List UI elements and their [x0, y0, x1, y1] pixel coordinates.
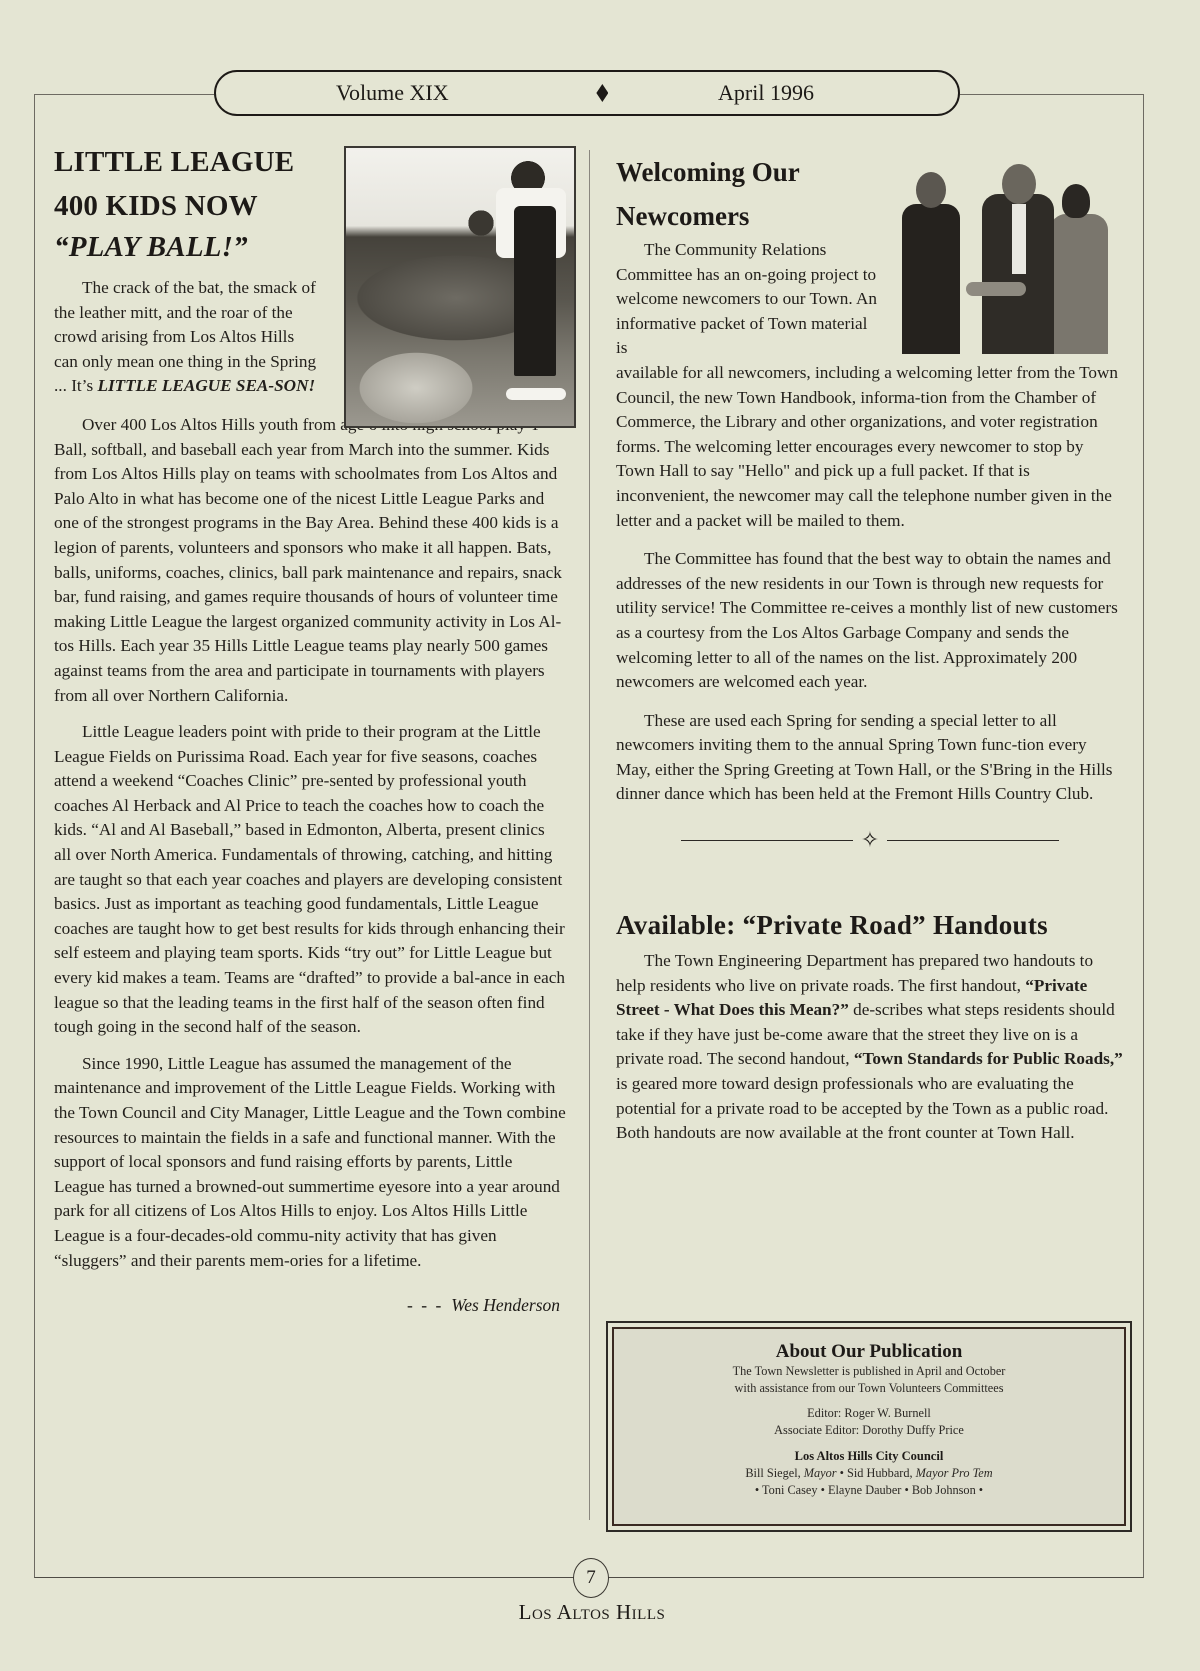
illustration-person — [902, 204, 960, 354]
handshake-icon — [966, 282, 1026, 296]
article-signature: - - -Wes Henderson — [54, 1295, 566, 1316]
article-paragraph: Since 1990, Little League has assumed th… — [54, 1052, 566, 1273]
private-road-headline: Available: “Private Road” Handouts — [616, 909, 1124, 941]
signature-dash: - - - — [407, 1295, 443, 1315]
council-member: Bill Siegel, — [745, 1466, 803, 1480]
about-line: with assistance from our Town Volunteers… — [614, 1380, 1124, 1397]
ornament-rule — [681, 840, 853, 841]
little-league-photo — [344, 146, 576, 428]
council-role: Mayor — [804, 1466, 837, 1480]
illustration-person — [1012, 204, 1026, 274]
four-point-star-icon: ✧ — [861, 829, 879, 851]
handshake-illustration — [902, 164, 1114, 354]
illustration-person — [1050, 214, 1108, 354]
paragraph-text: is geared more toward design professiona… — [616, 1074, 1108, 1142]
article-intro: The crack of the bat, the smack of the l… — [54, 276, 319, 399]
council-member: • Sid Hubbard, — [837, 1466, 916, 1480]
volume-label: Volume XIX — [336, 80, 449, 106]
council-members-line-1: Bill Siegel, Mayor • Sid Hubbard, Mayor … — [614, 1465, 1124, 1482]
welcoming-intro-continued: available for all newcomers, including a… — [616, 361, 1124, 533]
editor-line: Editor: Roger W. Burnell — [614, 1405, 1124, 1422]
private-road-paragraph: The Town Engineering Department has prep… — [616, 949, 1124, 1146]
right-column: Welcoming Our Newcomers The Community Re… — [616, 150, 1124, 1146]
about-publication-box: About Our Publication The Town Newslette… — [606, 1321, 1132, 1532]
issue-header: Volume XIX April 1996 — [214, 70, 960, 116]
about-publication-inner: About Our Publication The Town Newslette… — [612, 1327, 1126, 1526]
council-members-line-2: • Toni Casey • Elayne Dauber • Bob Johns… — [614, 1482, 1124, 1499]
paragraph-text: The Town Engineering Department has prep… — [616, 951, 1093, 995]
illustration-person — [916, 172, 946, 208]
ornament-rule — [887, 840, 1059, 841]
council-role: Mayor Pro Tem — [916, 1466, 993, 1480]
welcoming-paragraph: These are used each Spring for sending a… — [616, 709, 1124, 807]
welcoming-paragraph: The Committee has found that the best wa… — [616, 547, 1124, 695]
photo-detail — [506, 388, 566, 400]
little-league-article: LITTLE LEAGUE 400 KIDS NOW “PLAY BALL!” … — [54, 140, 566, 1316]
author-name: Wes Henderson — [451, 1295, 560, 1315]
associate-editor-line: Associate Editor: Dorothy Duffy Price — [614, 1422, 1124, 1439]
intro-emphasis: LITTLE LEAGUE SEA-SON! — [97, 376, 315, 395]
article-paragraph: Little League leaders point with pride t… — [54, 720, 566, 1040]
issue-date: April 1996 — [718, 80, 814, 106]
illustration-person — [1002, 164, 1036, 204]
column-divider — [589, 150, 590, 1520]
section-ornament: ✧ — [616, 829, 1124, 851]
about-line: The Town Newsletter is published in Apri… — [614, 1363, 1124, 1380]
handout-title: “Town Standards for Public Roads,” — [854, 1049, 1123, 1068]
illustration-person — [1062, 184, 1090, 218]
article-paragraph: Over 400 Los Altos Hills youth from age … — [54, 413, 566, 708]
photo-detail — [514, 206, 556, 376]
welcoming-intro: The Community Relations Committee has an… — [616, 238, 878, 361]
council-title: Los Altos Hills City Council — [614, 1447, 1124, 1465]
footer-town-name: Los Altos Hills — [0, 1600, 1184, 1625]
private-road-article: Available: “Private Road” Handouts The T… — [616, 909, 1124, 1146]
diamond-icon — [596, 84, 608, 102]
about-title: About Our Publication — [614, 1341, 1124, 1363]
welcoming-article: Welcoming Our Newcomers The Community Re… — [616, 150, 1124, 851]
page-number: 7 — [573, 1558, 609, 1598]
